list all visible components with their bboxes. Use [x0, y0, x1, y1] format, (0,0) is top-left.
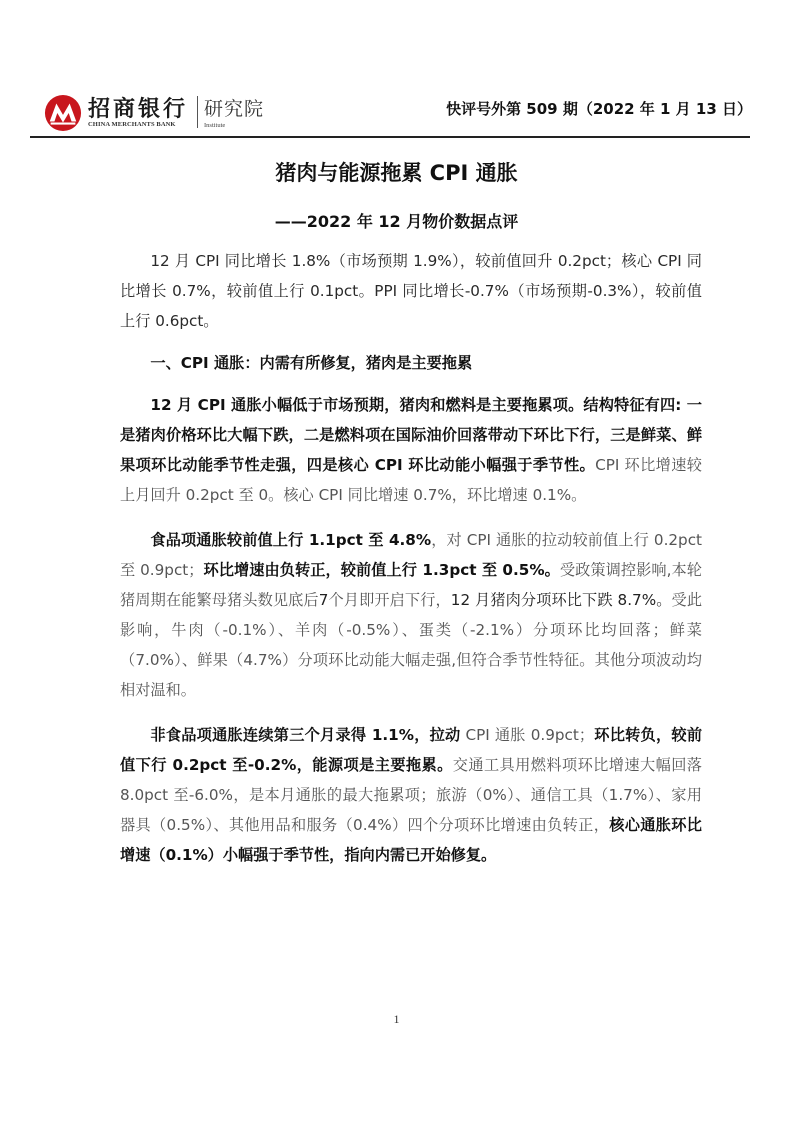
logo-divider: [197, 96, 198, 128]
report-header: 招商银行 CHINA MERCHANTS BANK 研究院 Institute …: [40, 90, 752, 136]
logo-english-name: CHINA MERCHANTS BANK: [88, 121, 176, 128]
nonfood-inflation-paragraph: 非食品项通胀连续第三个月录得 1.1%，拉动 CPI 通胀 0.9pct；环比转…: [120, 720, 702, 870]
section-heading: 一、CPI 通胀：内需有所修复，猪肉是主要拖累: [120, 348, 702, 378]
summary-paragraph: 12 月 CPI 同比增长 1.8%（市场预期 1.9%），较前值回升 0.2p…: [120, 246, 702, 336]
report-subtitle: ——2022 年 12 月物价数据点评: [0, 209, 793, 232]
report-title: 猪肉与能源拖累 CPI 通胀: [0, 157, 793, 187]
food-inflation-paragraph: 食品项通胀较前值上行 1.1pct 至 4.8%，对 CPI 通胀的拉动较前值上…: [120, 525, 702, 705]
cmb-logo-icon: [44, 94, 82, 132]
cpi-overview-paragraph: 12 月 CPI 通胀小幅低于市场预期，猪肉和燃料是主要拖累项。结构特征有四: …: [120, 390, 702, 510]
page-number: 1: [0, 1012, 793, 1027]
pork-mom-text: 12 月猪肉分项环比下跌 8.7%。: [451, 591, 672, 609]
report-body: 12 月 CPI 同比增长 1.8%（市场预期 1.9%），较前值回升 0.2p…: [120, 246, 702, 870]
institute-english-name: Institute: [204, 122, 225, 129]
pork-cycle-months: 7: [319, 591, 329, 609]
header-divider: [30, 136, 750, 138]
nonfood-contribution-text: CPI 通胀 0.9pct；: [460, 726, 594, 744]
pork-cycle-text-end: 个月即开启下行，: [328, 591, 450, 609]
nonfood-key-finding: 非食品项通胀连续第三个月录得 1.1%，拉动: [150, 726, 460, 744]
issue-number-date: 快评号外第 509 期（2022 年 1 月 13 日）: [446, 98, 752, 119]
institute-chinese-name: 研究院: [204, 94, 264, 121]
food-mom-finding: 环比增速由负转正，较前值上行 1.3pct 至 0.5%。: [203, 561, 559, 579]
food-key-finding: 食品项通胀较前值上行 1.1pct 至 4.8%: [150, 531, 431, 549]
logo-chinese-name: 招商银行: [88, 92, 188, 123]
